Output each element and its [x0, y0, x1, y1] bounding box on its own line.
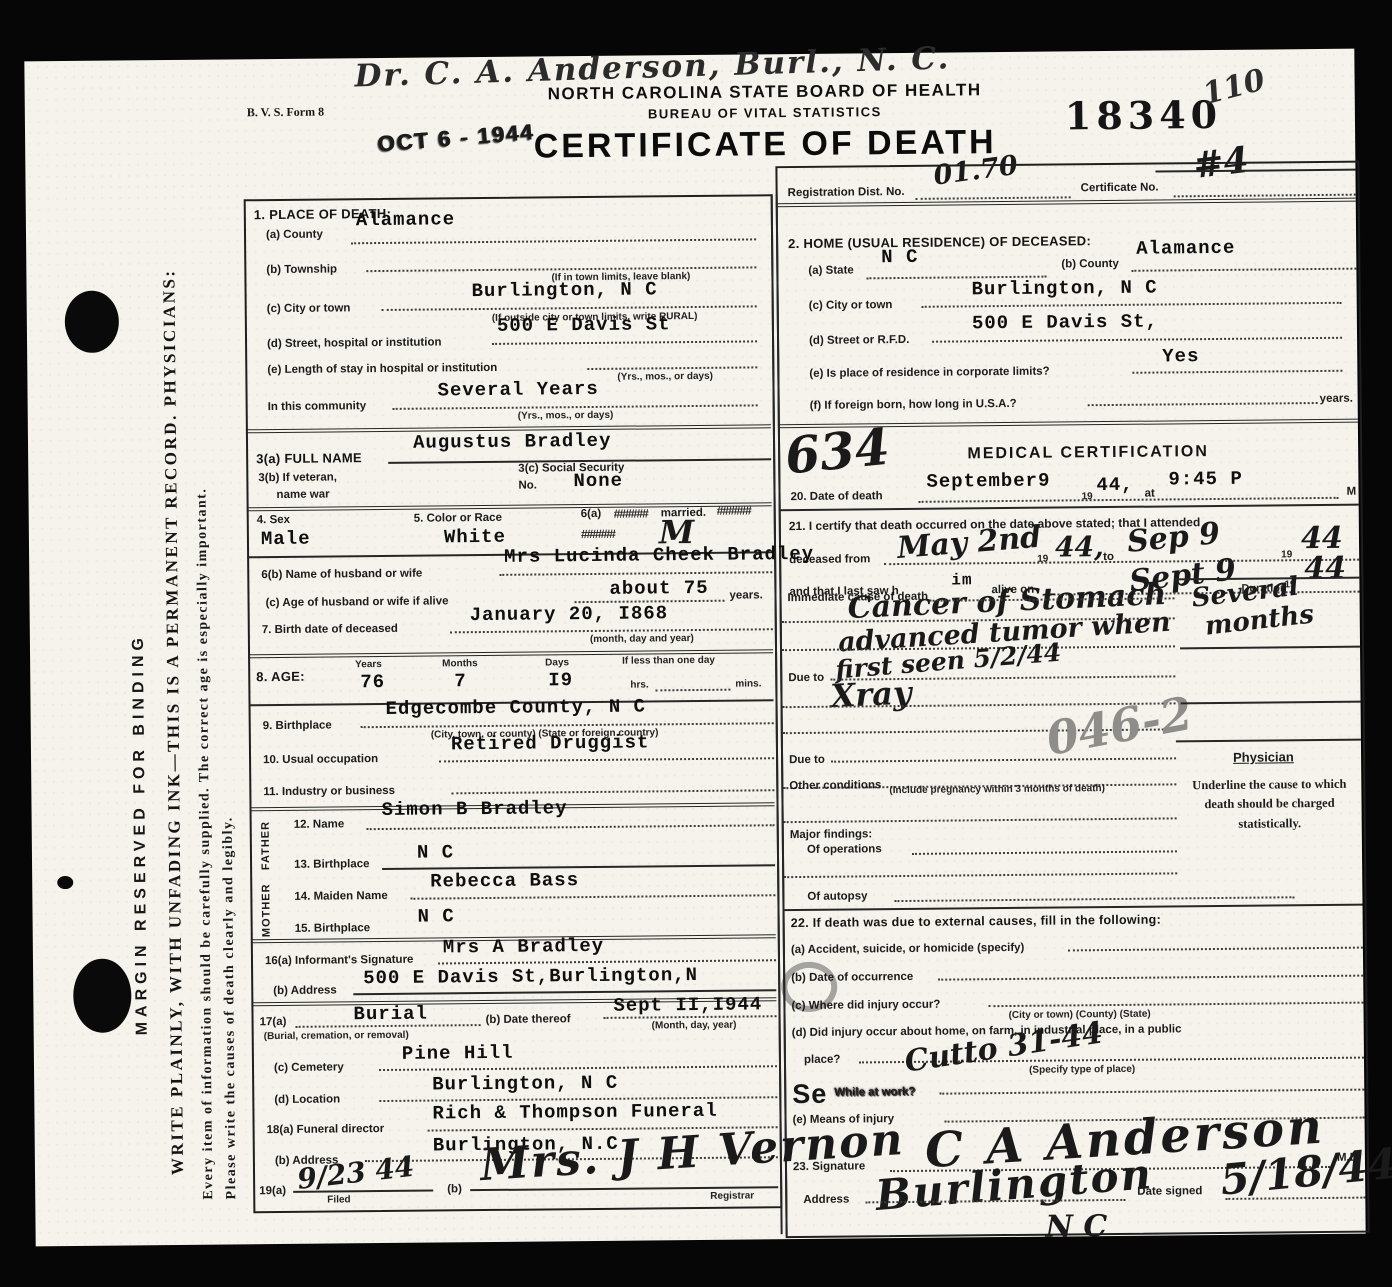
home-street-label: (d) Street or R.F.D. — [809, 334, 909, 349]
age-label: 8. AGE: — [256, 669, 305, 685]
informant-sig-value: Mrs A Bradley — [443, 936, 604, 958]
race-value: White — [444, 527, 506, 548]
due-to-1-label: Due to — [788, 672, 824, 686]
registrar-caption: Registrar — [710, 1190, 754, 1202]
spouse-label: 6(b) Name of husband or wife — [261, 568, 422, 583]
filed-label: 19(a) — [259, 1185, 286, 1199]
spouse-age-label: (c) Age of husband or wife if alive — [265, 595, 448, 611]
mother-bp-label: 15. Birthplace — [295, 922, 371, 937]
birthplace-value: Edgecombe County, N C — [385, 696, 646, 719]
age-years-value: 76 — [360, 672, 385, 693]
age-months-label: Months — [442, 658, 478, 670]
burial-date-value: Sept II,I944 — [613, 994, 762, 1016]
means-of-injury-label: (e) Means of injury — [792, 1113, 894, 1128]
ssn-value: None — [573, 471, 623, 492]
age-mins-label: mins. — [735, 678, 761, 690]
industry-label: 11. Industry or business — [263, 785, 395, 800]
registrar-b-label: (b) — [447, 1183, 462, 1197]
occupation-value: Retired Druggist — [451, 732, 650, 755]
serial-number-stamp: 18340 — [1065, 92, 1223, 139]
veteran-label2: name war — [276, 489, 329, 503]
cemetery-value: Pine Hill — [402, 1043, 514, 1065]
address-hand-2: N C — [1045, 1209, 1107, 1245]
father-bp-label: 13. Birthplace — [294, 858, 370, 873]
home-city-value: Burlington, N C — [971, 278, 1157, 301]
margin-binding-note: MARGIN RESERVED FOR BINDING — [129, 515, 152, 1035]
mother-name-value: Rebecca Bass — [430, 870, 579, 892]
date-signed-label: Date signed — [1137, 1185, 1202, 1199]
ink-spot — [57, 876, 73, 889]
serial-handwritten: 110 — [1199, 62, 1268, 112]
dod-year: 44, — [1096, 475, 1133, 496]
cemetery-label: (c) Cemetery — [274, 1061, 344, 1075]
dod-time: 9:45 P — [1168, 469, 1243, 491]
city-label: (c) City or town — [267, 302, 351, 317]
margin-permanent-note: WRITE PLAINLY, WITH UNFADING INK—THIS IS… — [158, 105, 188, 1175]
age-months-value: 7 — [454, 671, 467, 692]
city-value: Burlington, N C — [471, 279, 657, 302]
filed-caption: Filed — [327, 1194, 350, 1206]
birthplace-label: 9. Birthplace — [263, 719, 332, 733]
from-year-hand: 44, — [1055, 530, 1104, 563]
work-stamp-smudge: Se — [792, 1079, 827, 1110]
bureau-subtitle: BUREAU OF VITAL STATISTICS — [475, 103, 1055, 124]
external-d-hint: (Specify type of place) — [1029, 1064, 1135, 1077]
burial-date-label: (b) Date thereof — [486, 1013, 571, 1028]
work-label: While at work? — [834, 1086, 915, 1101]
father-bp-value: N C — [417, 842, 454, 863]
street-value: 500 E Davis St — [497, 314, 671, 337]
community-label: In this community — [268, 400, 367, 415]
scanned-death-certificate: MARGIN RESERVED FOR BINDING WRITE PLAINL… — [0, 0, 1392, 1287]
board-title: NORTH CAROLINA STATE BOARD OF HEALTH — [475, 80, 1055, 106]
other-conditions-hint: (Include pregnancy within 3 months of de… — [889, 783, 1105, 797]
birthdate-hint: (month, day and year) — [590, 633, 694, 645]
spouse-age-value: about 75 — [609, 578, 708, 600]
informant-addr-label: (b) Address — [273, 984, 337, 998]
other-conditions-label: Other conditions — [789, 779, 881, 794]
veteran-label: 3(b) If veteran, — [258, 471, 337, 486]
operations-label: Of operations — [807, 843, 882, 858]
dod-value: September9 — [926, 471, 1050, 493]
external-d-label-2: place? — [804, 1054, 841, 1068]
mother-side-label: MOTHER — [260, 877, 273, 937]
community-hint: (Yrs., mos., or days) — [518, 410, 614, 422]
county-value: Alamance — [356, 209, 455, 231]
stay-label: (e) Length of stay in hospital or instit… — [267, 362, 497, 378]
signature-label: 23. Signature — [793, 1160, 865, 1174]
burial-type-label: 17(a) — [260, 1016, 287, 1030]
burial-location-value: Burlington, N C — [432, 1073, 618, 1096]
margin-please-write-note: Please write the causes of death clearly… — [219, 644, 240, 1199]
burial-location-label: (d) Location — [274, 1093, 340, 1107]
dod-label: 20. Date of death — [791, 490, 883, 505]
funeral-director-value: Rich & Thompson Funeral — [432, 1101, 717, 1125]
age-less-label: If less than one day — [622, 655, 715, 667]
age-days-value: I9 — [548, 670, 573, 691]
mother-name-label: 14. Maiden Name — [294, 890, 387, 905]
burial-type-hint: (Burial, cremation, or removal) — [264, 1030, 409, 1043]
due-to-2-label: Due to — [789, 754, 825, 768]
home-corporate-label: (e) Is place of residence in corporate l… — [809, 366, 1049, 382]
ssn-label2: No. — [518, 480, 537, 494]
birthdate-value: January 20, I868 — [470, 603, 669, 626]
county-label: (a) County — [266, 229, 323, 243]
home-county-label: (b) County — [1061, 258, 1119, 272]
race-label: 5. Color or Race — [414, 512, 502, 527]
sex-value: Male — [261, 529, 311, 550]
home-street-value: 500 E Davis St, — [972, 312, 1158, 335]
marital-strike2: ###### — [717, 504, 751, 518]
findings-label: Major findings: — [790, 828, 873, 843]
physician-label: Physician — [1233, 749, 1294, 765]
age-days-label: Days — [545, 657, 569, 669]
full-name-value: Augustus Bradley — [413, 431, 612, 454]
medical-hand-number: 634 — [783, 417, 893, 486]
home-corporate-value: Yes — [1162, 346, 1199, 367]
age-hrs-label: hrs. — [630, 679, 648, 691]
full-name-label: 3(a) FULL NAME — [256, 450, 362, 467]
physician-note: Underline the cause to which death shoul… — [1189, 775, 1350, 835]
autopsy-label: Of autopsy — [807, 890, 867, 904]
street-label: (d) Street, hospital or institution — [267, 336, 442, 351]
home-county-value: Alamance — [1136, 238, 1235, 260]
stay-hint: (Yrs., mos., or days) — [617, 371, 713, 383]
father-side-label: FATHER — [260, 815, 273, 870]
home-state-label: (a) State — [808, 264, 854, 278]
medical-title: MEDICAL CERTIFICATION — [878, 441, 1298, 464]
hole-punch-top — [65, 291, 120, 354]
burial-date-hint: (Month, day, year) — [652, 1020, 737, 1032]
home-title: 2. HOME (USUAL RESIDENCE) OF DECEASED: — [788, 233, 1091, 252]
funeral-director-label: 18(a) Funeral director — [267, 1123, 385, 1138]
informant-addr-value: 500 E Davis St,Burlington,N — [363, 965, 698, 989]
margin-every-item-note: Every item of information should be care… — [191, 120, 217, 1200]
mother-bp-value: N C — [417, 906, 454, 927]
age-years-label: Years — [355, 659, 382, 671]
occupation-label: 10. Usual occupation — [263, 753, 378, 768]
external-a-label: (a) Accident, suicide, or homicide (spec… — [791, 942, 1025, 958]
township-label: (b) Township — [266, 263, 337, 277]
hole-punch-bottom — [73, 958, 132, 1033]
saw-year-hand: 44 — [1304, 551, 1346, 586]
father-name-label: 12. Name — [294, 818, 345, 832]
home-state-value: N C — [881, 247, 918, 268]
marital-strike3: ###### — [581, 528, 615, 542]
sex-label: 4. Sex — [257, 514, 290, 528]
certificate-sheet: MARGIN RESERVED FOR BINDING WRITE PLAINL… — [24, 49, 1365, 1247]
home-foreign-suffix: years. — [1320, 393, 1353, 407]
community-value: Several Years — [437, 379, 598, 401]
marital-label: 6(a) — [581, 508, 602, 522]
form-number: B. V. S. Form 8 — [247, 105, 324, 121]
dod-m: M — [1346, 486, 1356, 500]
address-label: Address — [803, 1194, 849, 1208]
birthdate-label: 7. Birth date of deceased — [262, 623, 398, 638]
header: Dr. C. A. Anderson, Burl., N. C. B. V. S… — [24, 49, 1354, 62]
due1-hand: Xray — [830, 674, 913, 716]
home-foreign-label: (f) If foreign born, how long in U.S.A.? — [810, 398, 1017, 414]
burial-type-value: Burial — [353, 1004, 428, 1026]
marital-strike1: ###### — [614, 507, 648, 521]
spouse-value: Mrs Lucinda Cheek Bradley — [504, 544, 814, 568]
home-city-label: (c) City or town — [809, 299, 893, 314]
external-c-label: (c) Where did injury occur? — [791, 999, 940, 1014]
father-name-value: Simon B Bradley — [381, 798, 567, 821]
spouse-age-suffix: years. — [729, 589, 762, 603]
